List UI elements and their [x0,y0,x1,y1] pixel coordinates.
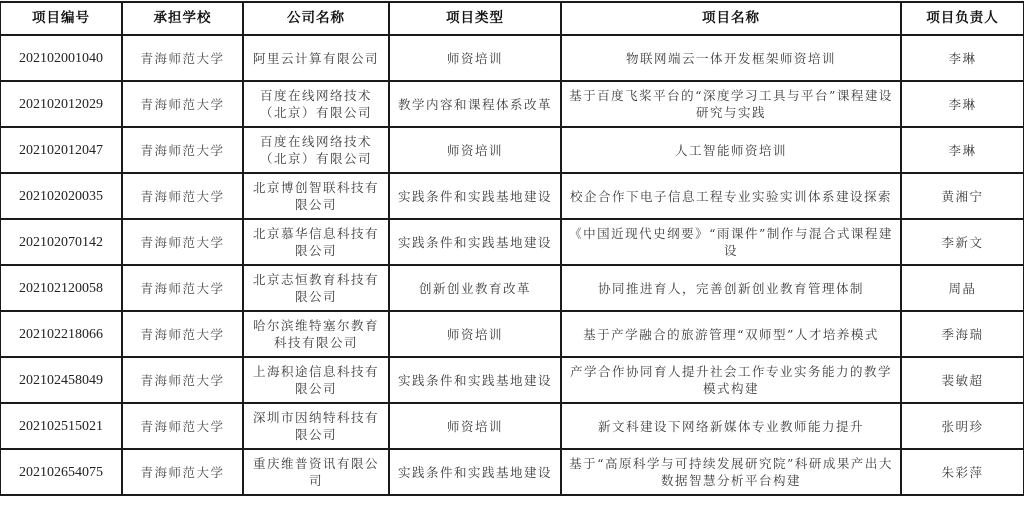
cell-company: 北京志恒教育科技有限公司 [243,265,389,311]
table-row: 202102012029 青海师范大学 百度在线网络技术（北京）有限公司 教学内… [0,81,1024,127]
cell-project-name: 校企合作下电子信息工程专业实验实训体系建设探索 [561,173,901,219]
cell-project-leader: 季海瑞 [901,311,1024,357]
cell-school: 青海师范大学 [122,81,243,127]
cell-project-type: 教学内容和课程体系改革 [389,81,561,127]
table-row: 202102218066 青海师范大学 哈尔滨维特塞尔教育科技有限公司 师资培训… [0,311,1024,357]
cell-project-type: 实践条件和实践基地建设 [389,219,561,265]
cell-project-code: 202102070142 [0,219,122,265]
cell-project-type: 师资培训 [389,403,561,449]
header-project-leader: 项目负责人 [901,2,1024,35]
table-row: 202102001040 青海师范大学 阿里云计算有限公司 师资培训 物联网端云… [0,35,1024,81]
cell-project-code: 202102654075 [0,449,122,495]
cell-project-type: 实践条件和实践基地建设 [389,357,561,403]
table-row: 202102654075 青海师范大学 重庆维普资讯有限公司 实践条件和实践基地… [0,449,1024,495]
cell-company: 北京慕华信息科技有限公司 [243,219,389,265]
cell-company: 深圳市因纳特科技有限公司 [243,403,389,449]
cell-project-leader: 李琳 [901,35,1024,81]
cell-company: 重庆维普资讯有限公司 [243,449,389,495]
table-row: 202102458049 青海师范大学 上海积途信息科技有限公司 实践条件和实践… [0,357,1024,403]
cell-project-name: 人工智能师资培训 [561,127,901,173]
cell-project-leader: 裴敏超 [901,357,1024,403]
cell-project-code: 202102218066 [0,311,122,357]
cell-school: 青海师范大学 [122,219,243,265]
cell-project-type: 实践条件和实践基地建设 [389,449,561,495]
cell-project-leader: 李琳 [901,127,1024,173]
cell-project-type: 师资培训 [389,311,561,357]
cell-project-name: 新文科建设下网络新媒体专业教师能力提升 [561,403,901,449]
table-body: 202102001040 青海师范大学 阿里云计算有限公司 师资培训 物联网端云… [0,35,1024,495]
cell-project-name: 《中国近现代史纲要》“雨课件”制作与混合式课程建设 [561,219,901,265]
cell-project-name: 产学合作协同育人提升社会工作专业实务能力的教学模式构建 [561,357,901,403]
cell-school: 青海师范大学 [122,35,243,81]
cell-project-leader: 李琳 [901,81,1024,127]
cell-project-code: 202102012029 [0,81,122,127]
cell-project-leader: 李新文 [901,219,1024,265]
cell-project-type: 创新创业教育改革 [389,265,561,311]
cell-school: 青海师范大学 [122,403,243,449]
cell-school: 青海师范大学 [122,265,243,311]
cell-project-name: 基于百度飞桨平台的“深度学习工具与平台”课程建设研究与实践 [561,81,901,127]
table-row: 202102120058 青海师范大学 北京志恒教育科技有限公司 创新创业教育改… [0,265,1024,311]
table-row: 202102515021 青海师范大学 深圳市因纳特科技有限公司 师资培训 新文… [0,403,1024,449]
cell-project-type: 师资培训 [389,35,561,81]
cell-project-name: 协同推进育人，完善创新创业教育管理体制 [561,265,901,311]
cell-company: 上海积途信息科技有限公司 [243,357,389,403]
header-school: 承担学校 [122,2,243,35]
cell-project-code: 202102020035 [0,173,122,219]
cell-company: 阿里云计算有限公司 [243,35,389,81]
header-company: 公司名称 [243,2,389,35]
cell-school: 青海师范大学 [122,357,243,403]
cell-company: 北京博创智联科技有限公司 [243,173,389,219]
table-header: 项目编号 承担学校 公司名称 项目类型 项目名称 项目负责人 [0,2,1024,35]
header-project-name: 项目名称 [561,2,901,35]
project-table-container: 项目编号 承担学校 公司名称 项目类型 项目名称 项目负责人 202102001… [0,1,1024,496]
cell-project-name: 基于产学融合的旅游管理“双师型”人才培养模式 [561,311,901,357]
cell-project-code: 202102012047 [0,127,122,173]
cell-project-leader: 黄湘宁 [901,173,1024,219]
cell-project-code: 202102120058 [0,265,122,311]
cell-school: 青海师范大学 [122,449,243,495]
table-row: 202102070142 青海师范大学 北京慕华信息科技有限公司 实践条件和实践… [0,219,1024,265]
cell-project-type: 师资培训 [389,127,561,173]
cell-project-type: 实践条件和实践基地建设 [389,173,561,219]
cell-school: 青海师范大学 [122,173,243,219]
header-row: 项目编号 承担学校 公司名称 项目类型 项目名称 项目负责人 [0,2,1024,35]
cell-project-code: 202102515021 [0,403,122,449]
cell-school: 青海师范大学 [122,127,243,173]
cell-project-leader: 朱彩萍 [901,449,1024,495]
table-row: 202102012047 青海师范大学 百度在线网络技术（北京）有限公司 师资培… [0,127,1024,173]
cell-school: 青海师范大学 [122,311,243,357]
cell-project-name: 物联网端云一体开发框架师资培训 [561,35,901,81]
cell-company: 哈尔滨维特塞尔教育科技有限公司 [243,311,389,357]
cell-project-name: 基于“高原科学与可持续发展研究院”科研成果产出大数据智慧分析平台构建 [561,449,901,495]
table-row: 202102020035 青海师范大学 北京博创智联科技有限公司 实践条件和实践… [0,173,1024,219]
cell-project-leader: 周晶 [901,265,1024,311]
cell-company: 百度在线网络技术（北京）有限公司 [243,127,389,173]
header-project-type: 项目类型 [389,2,561,35]
cell-project-leader: 张明珍 [901,403,1024,449]
header-project-code: 项目编号 [0,2,122,35]
project-table: 项目编号 承担学校 公司名称 项目类型 项目名称 项目负责人 202102001… [0,1,1024,496]
cell-project-code: 202102001040 [0,35,122,81]
cell-company: 百度在线网络技术（北京）有限公司 [243,81,389,127]
cell-project-code: 202102458049 [0,357,122,403]
